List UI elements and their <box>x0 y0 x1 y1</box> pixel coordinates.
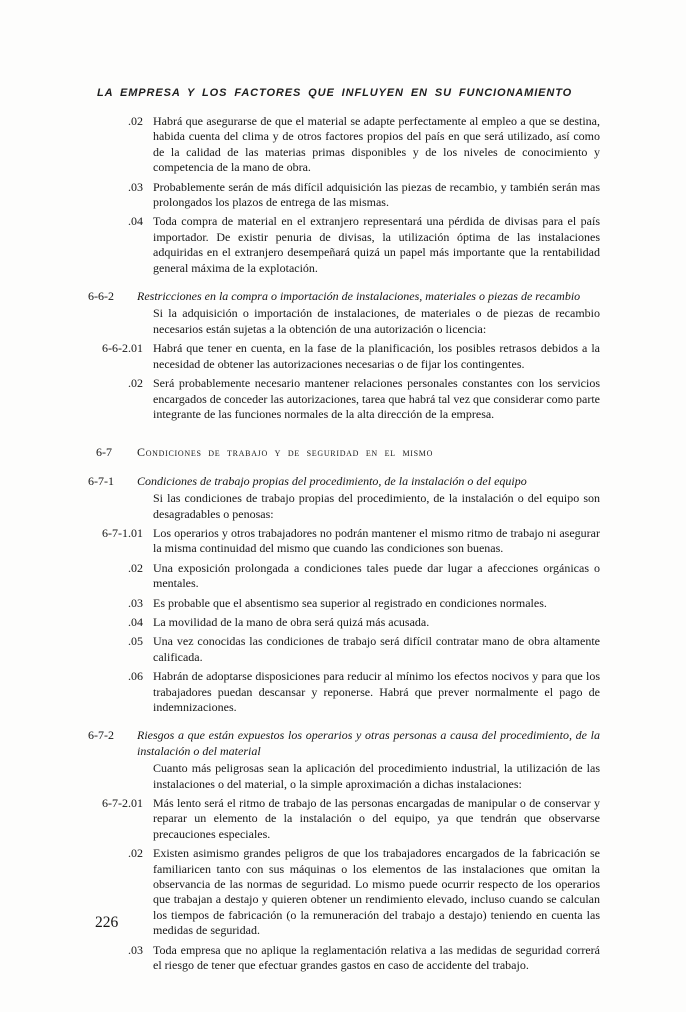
numbered-paragraph: .04 Toda compra de material en el extran… <box>88 214 600 276</box>
paragraph-text: Habrán de adoptarse disposiciones para r… <box>153 669 600 715</box>
section-title: Condiciones de trabajo propias del proce… <box>137 474 600 489</box>
paragraph-text: Existen asimismo grandes peligros de que… <box>153 846 600 938</box>
section-heading: 6-7-2 Riesgos a que están expuestos los … <box>88 728 600 759</box>
numbered-paragraph: .03 Es probable que el absentismo sea su… <box>88 596 600 611</box>
section-title: Riesgos a que están expuestos los operar… <box>137 728 600 759</box>
numbered-paragraph: .02 Existen asimismo grandes peligros de… <box>88 846 600 938</box>
section-number: 6-7-2 <box>88 728 137 759</box>
section-heading-major: 6-7 Condiciones de trabajo y de segurida… <box>88 445 600 460</box>
paragraph-number: .03 <box>88 596 143 611</box>
paragraph-text: Los operarios y otros trabajadores no po… <box>153 526 600 557</box>
numbered-paragraph: .02 Será probablemente necesario mantene… <box>88 376 600 422</box>
paragraph-number: .03 <box>88 180 143 211</box>
document-page: LA EMPRESA Y LOS FACTORES QUE INFLUYEN E… <box>0 0 686 1012</box>
paragraph-number: 6-7-1.01 <box>88 526 143 557</box>
intro-paragraph: Si las condiciones de trabajo propias de… <box>153 491 600 522</box>
paragraph-number: .05 <box>88 634 143 665</box>
numbered-paragraph: 6-7-2.01 Más lento será el ritmo de trab… <box>88 796 600 842</box>
paragraph-text: Probablemente serán de más difícil adqui… <box>153 180 600 211</box>
numbered-paragraph: .06 Habrán de adoptarse disposiciones pa… <box>88 669 600 715</box>
numbered-paragraph: .02 Una exposición prolongada a condicio… <box>88 561 600 592</box>
paragraph-number: 6-6-2.01 <box>88 341 143 372</box>
numbered-paragraph: .04 La movilidad de la mano de obra será… <box>88 615 600 630</box>
section-number: 6-7-1 <box>88 474 137 489</box>
paragraph-number: .04 <box>88 615 143 630</box>
numbered-paragraph: .05 Una vez conocidas las condiciones de… <box>88 634 600 665</box>
paragraph-text: Es probable que el absentismo sea superi… <box>153 596 600 611</box>
section-title: Restricciones en la compra o importación… <box>137 289 600 304</box>
numbered-paragraph: 6-7-1.01 Los operarios y otros trabajado… <box>88 526 600 557</box>
paragraph-number: .03 <box>88 943 143 974</box>
running-head: LA EMPRESA Y LOS FACTORES QUE INFLUYEN E… <box>97 87 686 99</box>
page-number: 226 <box>95 914 118 932</box>
section-heading: 6-6-2 Restricciones en la compra o impor… <box>88 289 600 304</box>
section-title: Condiciones de trabajo y de seguridad en… <box>137 445 600 460</box>
paragraph-text: Toda empresa que no aplique la reglament… <box>153 943 600 974</box>
intro-paragraph: Si la adquisición o importación de insta… <box>153 306 600 337</box>
paragraph-text: Más lento será el ritmo de trabajo de la… <box>153 796 600 842</box>
section-heading: 6-7-1 Condiciones de trabajo propias del… <box>88 474 600 489</box>
paragraph-number: .06 <box>88 669 143 715</box>
numbered-paragraph: .03 Probablemente serán de más difícil a… <box>88 180 600 211</box>
numbered-paragraph: 6-6-2.01 Habrá que tener en cuenta, en l… <box>88 341 600 372</box>
paragraph-text: La movilidad de la mano de obra será qui… <box>153 615 600 630</box>
paragraph-text: Habrá que asegurarse de que el material … <box>153 114 600 176</box>
section-number: 6-6-2 <box>88 289 137 304</box>
paragraph-text: Toda compra de material en el extranjero… <box>153 214 600 276</box>
paragraph-text: Una vez conocidas las condiciones de tra… <box>153 634 600 665</box>
paragraph-number: .02 <box>88 561 143 592</box>
numbered-paragraph: .02 Habrá que asegurarse de que el mater… <box>88 114 600 176</box>
intro-paragraph: Cuanto más peligrosas sean la aplicación… <box>153 761 600 792</box>
content-area: .02 Habrá que asegurarse de que el mater… <box>88 114 600 974</box>
paragraph-text: Habrá que tener en cuenta, en la fase de… <box>153 341 600 372</box>
paragraph-text: Una exposición prolongada a condiciones … <box>153 561 600 592</box>
section-number: 6-7 <box>88 445 137 460</box>
numbered-paragraph: .03 Toda empresa que no aplique la regla… <box>88 943 600 974</box>
paragraph-text: Será probablemente necesario mantener re… <box>153 376 600 422</box>
paragraph-number: .04 <box>88 214 143 276</box>
paragraph-number: .02 <box>88 376 143 422</box>
paragraph-number: 6-7-2.01 <box>88 796 143 842</box>
paragraph-number: .02 <box>88 114 143 176</box>
